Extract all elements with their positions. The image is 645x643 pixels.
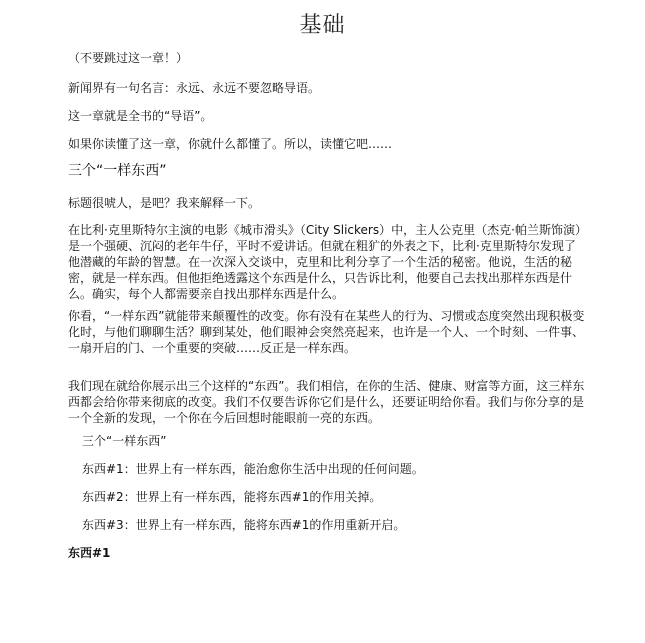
section-heading: 三个“一样东西” [68, 163, 167, 179]
list-item-thing-3: 东西#3：世界上有一样东西，能将东西#1的作用重新开启。 [68, 517, 405, 533]
list-item-thing-2: 东西#2：世界上有一样东西，能将东西#1的作用关掉。 [68, 489, 381, 505]
paragraph-title-explain: 标题很唬人，是吧？我来解释一下。 [68, 195, 260, 211]
list-item-thing-1: 东西#1：世界上有一样东西，能治愈你生活中出现的任何问题。 [68, 461, 424, 477]
list-heading: 三个“一样东西” [68, 433, 166, 449]
paragraph-read-it: 如果你读懂了这一章，你就什么都懂了。所以，读懂它吧…… [68, 136, 392, 152]
paragraph-journalism-saying: 新闻界有一句名言：永远、永远不要忽略导语。 [68, 80, 320, 96]
chapter-title: 基础 [0, 8, 645, 39]
subheading-thing-1: 东西#1 [68, 545, 110, 561]
paragraph-dont-skip: （不要跳过这一章！） [68, 50, 188, 66]
paragraph-lead: 这一章就是全书的“导语”。 [68, 108, 212, 124]
paragraph-one-thing: 你看，“一样东西”就能带来颠覆性的改变。你有没有在某些人的行为、习惯或态度突然出… [68, 308, 586, 356]
paragraph-city-slickers: 在比利·克里斯特尔主演的电影《城市滑头》（City Slickers）中，主人公… [68, 222, 586, 302]
document-page: 基础 （不要跳过这一章！） 新闻界有一句名言：永远、永远不要忽略导语。 这一章就… [0, 0, 645, 643]
paragraph-three-things: 我们现在就给你展示出三个这样的“东西”。我们相信，在你的生活、健康、财富等方面，… [68, 378, 586, 426]
